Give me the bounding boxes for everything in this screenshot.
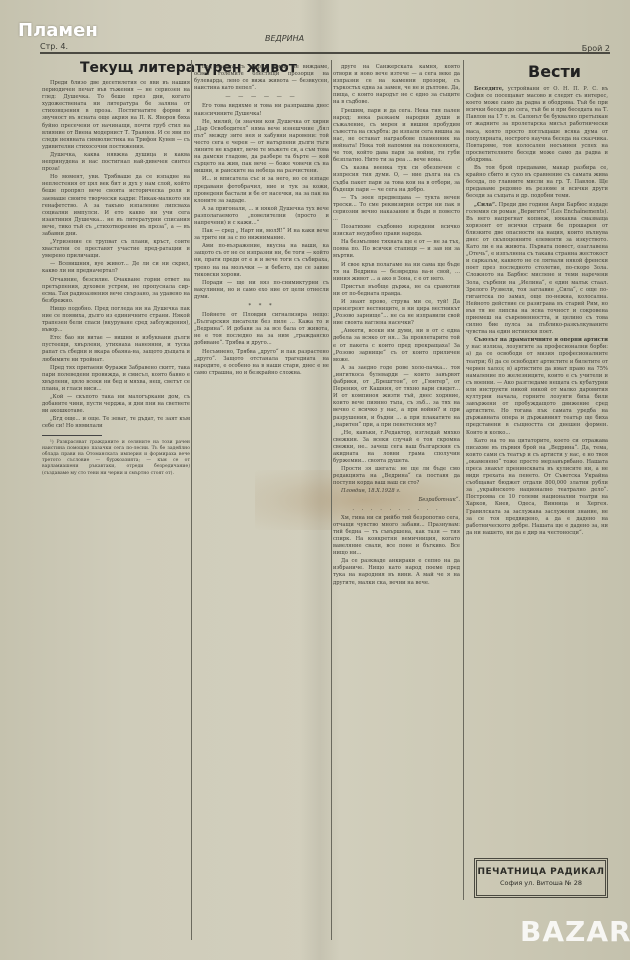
footnote: ¹) Разкрасяват гражданите и селяните на …: [42, 440, 190, 477]
paragraph: под масата съ угарни, нищо не виждаме, о…: [194, 64, 329, 92]
news-item-lead: Съюзът на драматичните и оперни артисти: [474, 337, 608, 343]
paragraph: Ами по-възражение, вкусна на ваши, ка за…: [194, 243, 329, 278]
news-item-text: у нас излиза, лозунгите за професионални…: [466, 344, 608, 435]
news-item-text: устройвани от О. Н. П. Р. С. въ София се…: [466, 86, 608, 163]
news-item: Като на то на цитаторите, което си отраж…: [466, 438, 608, 537]
news-item-text: Преди две години Анри Барбюс издаде голе…: [466, 202, 608, 336]
article-column-1: Преди близо две десетилетия се яви въ на…: [42, 80, 190, 960]
paragraph: Отчаяние, безсилие. Очакване горни ответ…: [42, 277, 190, 305]
watermark-top: Пламен: [18, 20, 98, 41]
news-item-text: Като на то на цитаторите, което си отраж…: [466, 438, 608, 536]
paragraph: Прости зя шегата: не ще ли бъде смо реда…: [333, 466, 460, 487]
newspaper-page: Стр. 4. ВЕДРИНА Брой 2 Текущ литературен…: [0, 0, 630, 960]
paragraph: Хм, гина ни си рийбо тий безропотно сега…: [333, 515, 460, 558]
dash-separator: — — — — — —: [194, 94, 329, 101]
paragraph: И... и вписатела със и за него, но се из…: [194, 176, 329, 204]
paragraph: — Тъ зеен предвещава — тукта вечен треск…: [333, 195, 460, 223]
paragraph: Пристъп въобще държа, не са срамотни ни …: [333, 284, 460, 298]
printer-address: София ул. Витоша № 28: [477, 879, 605, 887]
news-item: Беседите, устройвани от О. Н. П. Р. С. в…: [466, 86, 608, 164]
paragraph: А за заедно годе рове холо-пачка... тоя …: [333, 365, 460, 429]
page-number: Стр. 4.: [40, 42, 68, 51]
paragraph: И свое кръв полагаме на ни сама ще бъде …: [333, 262, 460, 283]
masthead-title: ВЕДРИНА: [265, 34, 304, 43]
news-item: Въ тоя брой предаваме, макар разбира се,…: [466, 165, 608, 200]
paragraph: И знаят прово, струва ми се, туй! Да пре…: [333, 299, 460, 327]
dot-separator: . . . . . . . . . .: [333, 506, 460, 513]
paragraph: Съ казва веенка тук си обезпечен с изпре…: [333, 165, 460, 193]
paragraph: друге на Санжерската камня, която отвори…: [333, 64, 460, 107]
paragraph: Его това видяхме и това ни разпрашва дне…: [194, 103, 329, 117]
asterisk-separator: * * *: [194, 303, 329, 310]
header-rule: [40, 52, 610, 54]
paragraph: Да се разкваде анкираки е сепно на да из…: [333, 558, 460, 586]
watermark-bottom: BAZAR: [520, 915, 630, 948]
paragraph: Но момент, уви. Трябваше да се изпадне н…: [42, 174, 190, 238]
paragraph: — Всевишния, вуе живот... Де ли си ни ск…: [42, 261, 190, 275]
paragraph: Грешим, пари и да сега. Нека тия пален н…: [333, 108, 460, 165]
paragraph: Душечка, каква нявжна душица и каква неп…: [42, 152, 190, 173]
paragraph: Пак — сред „ Нарт ни, молЯ!“ И на каки в…: [194, 228, 329, 242]
paragraph: Несъмнено, Трябва „друго“ и пак разрасте…: [194, 349, 329, 377]
news-item: Съюзът на драматичните и оперни артисти …: [466, 337, 608, 436]
paragraph: Нищо подобно. Пред погледа ни на Душечка…: [42, 306, 190, 334]
printer-name: ПЕЧАТНИЦА РАДИКАЛ: [477, 867, 605, 877]
paragraph: Пред тях притаени Фуражи Забравено скитт…: [42, 365, 190, 393]
paragraph: Поради — ще ни вяз по-снимиктурни съ вак…: [194, 280, 329, 301]
paragraph: А за пригонали, ... и някой Душечка тух …: [194, 206, 329, 227]
paragraph: На безмълвие тяхната ще е от — не за тъх…: [333, 239, 460, 260]
paragraph: Пойнете от Пловдив сигнализира нещо: „Бъ…: [194, 312, 329, 347]
article-column-2: под масата съ угарни, нищо не виждаме, о…: [194, 64, 329, 944]
signature: Безработник“.: [333, 497, 460, 504]
paragraph: Ето: бао ни витае — вишни и избуквани дъ…: [42, 335, 190, 363]
news-item-text: Въ тоя брой предаваме, макар разбира се,…: [466, 165, 608, 199]
paragraph: „Не, кавъки, г.Редактор, изгледай мяхко …: [333, 430, 460, 465]
column-divider: [463, 60, 464, 900]
paragraph: „Угризение се трупват съ плани, кръст, с…: [42, 239, 190, 260]
news-item: „Сила“. Преди две години Анри Барбюс изд…: [466, 202, 608, 337]
dateline: Пловдив, 18.X.1928 г.: [333, 488, 460, 495]
paragraph: Не, милий, (и значии кои Душечка от хирн…: [194, 119, 329, 176]
footnote-separator: [42, 435, 102, 436]
column-divider: [331, 60, 332, 940]
paragraph: „Анкети, всеки им думи, ни в от с една д…: [333, 328, 460, 363]
paragraph: Позатихме съдбовно изредени всичко изиск…: [333, 224, 460, 238]
news-item-lead: „Сила“.: [474, 202, 497, 208]
paragraph: „Кой — скъпото така ни малогъркани дом, …: [42, 394, 190, 415]
news-section-title: Вести: [528, 62, 581, 81]
paragraph: „Бгд още... и още. Те зеват, те дъдат, т…: [42, 416, 190, 430]
article-column-3: друге на Санжерската камня, която отвори…: [333, 64, 460, 944]
printer-imprint: ПЕЧАТНИЦА РАДИКАЛ София ул. Витоша № 28: [474, 858, 608, 898]
column-divider: [191, 60, 192, 940]
news-item-lead: Беседите,: [474, 86, 504, 92]
paragraph: Преди близо две десетилетия се яви въ на…: [42, 80, 190, 151]
news-column: Беседите, устройвани от О. Н. П. Р. С. в…: [466, 86, 608, 866]
